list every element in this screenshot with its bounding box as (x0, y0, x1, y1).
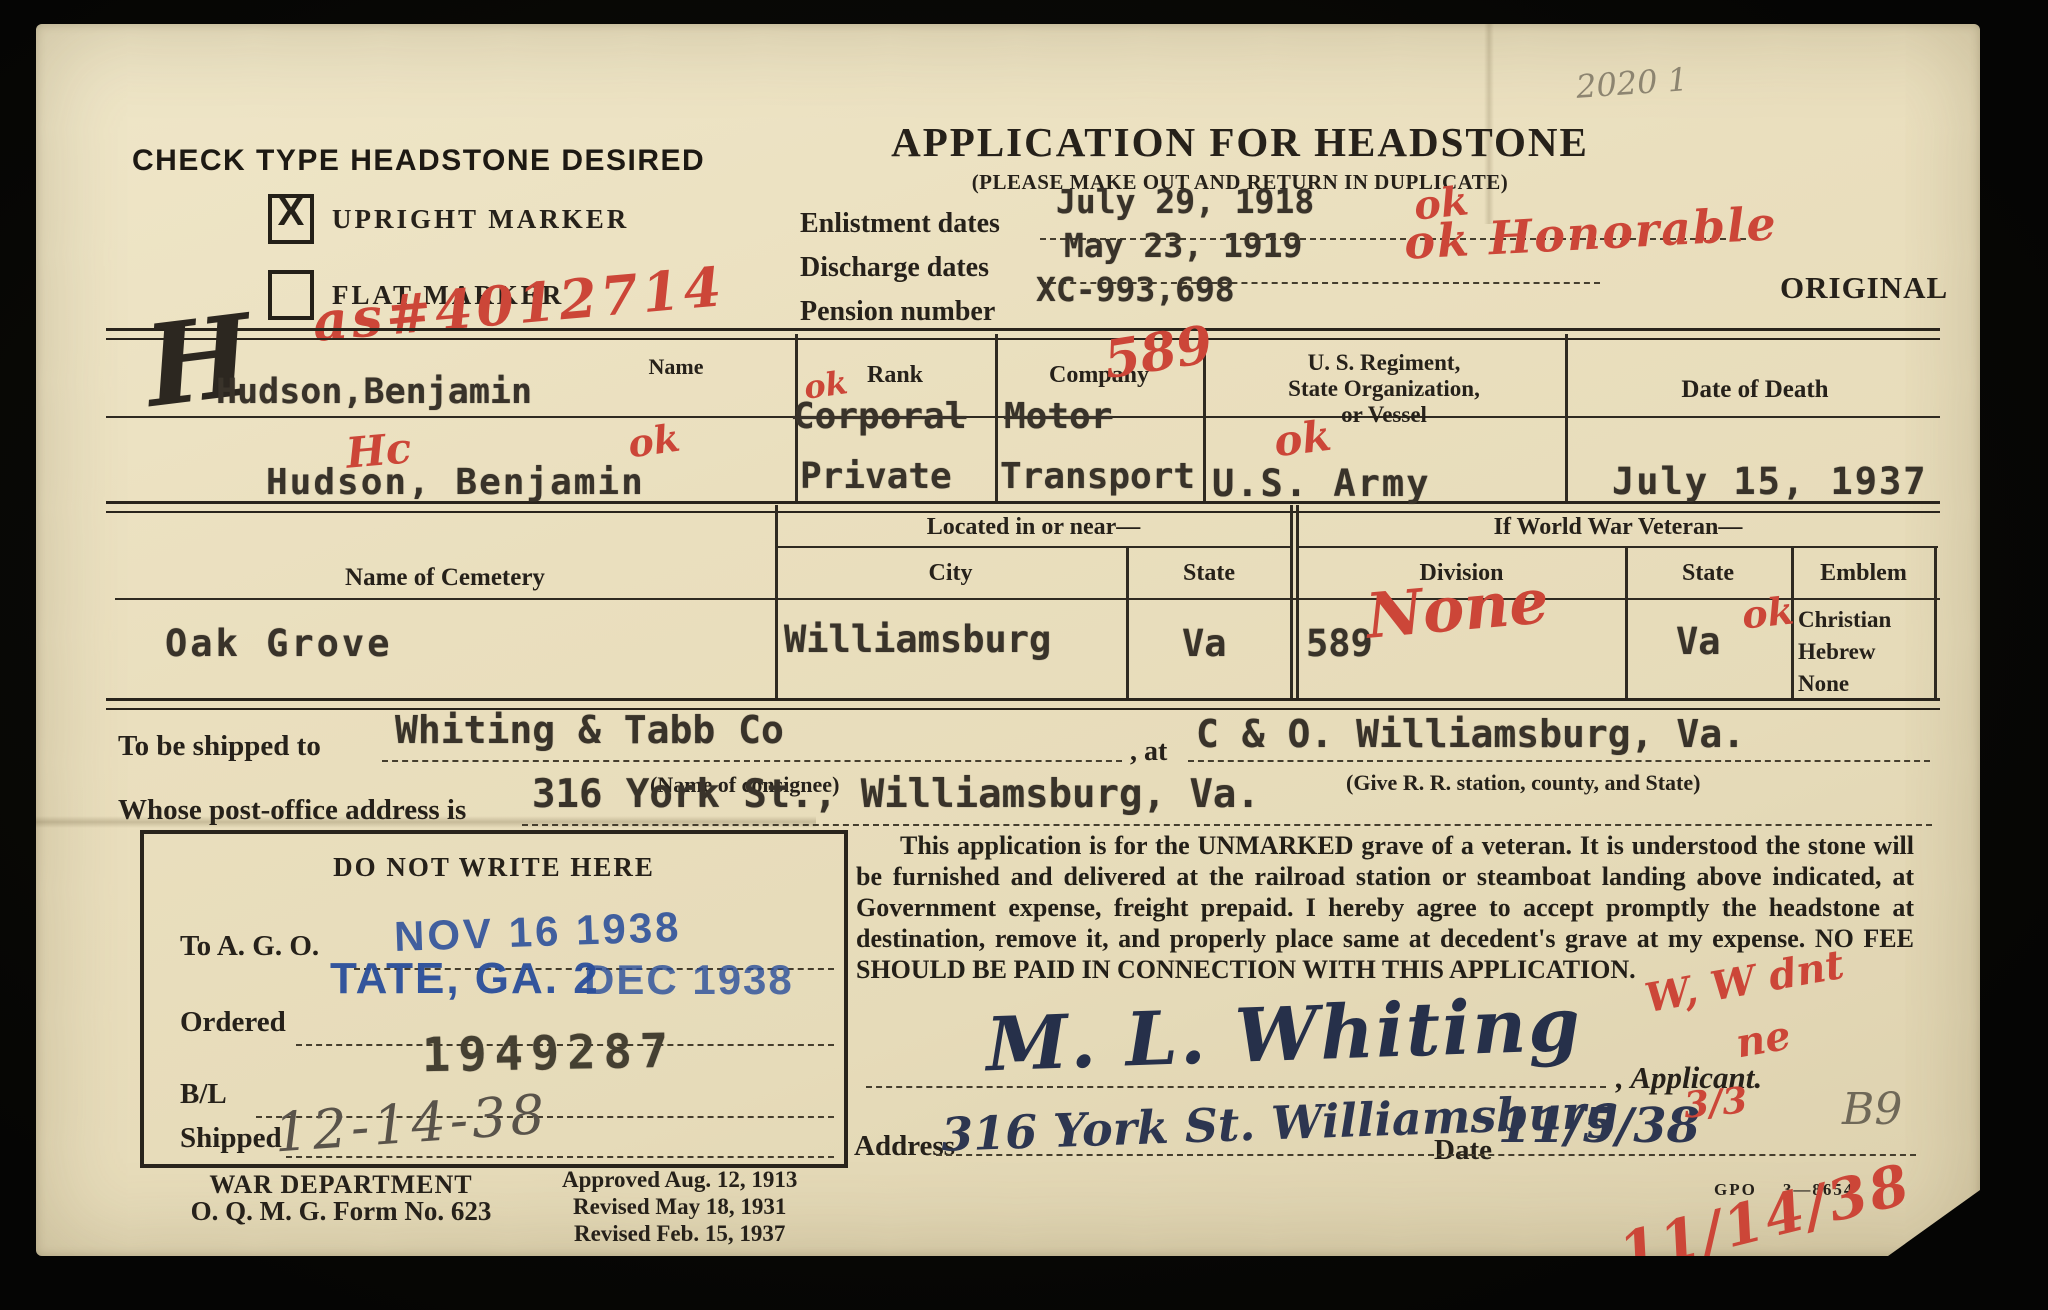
enlistment-value: July 29, 1918 (1056, 182, 1314, 221)
cemetery-column-label: Name of Cemetery (115, 564, 775, 592)
cemetery-value: Oak Grove (165, 622, 392, 665)
date-stamp-dec: DEC 1938 (584, 956, 794, 1004)
rank-value: Private (800, 456, 952, 497)
table-top-rule (106, 328, 1940, 340)
post-office-rule (522, 824, 1932, 826)
post-office-label: Whose post-office address is (118, 794, 466, 827)
address-label: Address (854, 1130, 955, 1163)
name-row-2: Hudson, Benjamin (266, 462, 645, 503)
station-note: (Give R. R. station, county, and State) (1346, 770, 1700, 796)
bl-label: B/L (180, 1078, 227, 1111)
red-margin-note-2: ne (1732, 1012, 1794, 1068)
discharge-label: Discharge dates (800, 252, 989, 284)
date-label: Date (1434, 1134, 1492, 1167)
company-value: Transport (1000, 456, 1195, 497)
division-red-none: None (1363, 564, 1551, 653)
state2-value: Va (1676, 620, 1721, 663)
post-office-value: 316 York St., Williamsburg, Va. (532, 772, 1260, 817)
date-handwritten: 11/5/38 (1498, 1098, 1700, 1154)
do-not-write-box: DO NOT WRITE HERE To A. G. O. NOV 16 193… (140, 830, 848, 1168)
applicant-signature: M. L. Whiting (985, 982, 1583, 1089)
header-row-rule (115, 598, 1940, 600)
station-value: C & O. Williamsburg, Va. (1196, 712, 1745, 756)
red-fraction-note: 3/3 (1682, 1079, 1749, 1126)
red-ok-annotation: ok (625, 415, 682, 467)
shipped-label: Shipped (180, 1122, 282, 1155)
company-struck-value: Motor (1004, 396, 1112, 437)
regiment-label-line: State Organization, (1203, 376, 1565, 402)
date-of-death-value: July 15, 1937 (1612, 460, 1928, 503)
located-header: Located in or near— (775, 514, 1292, 541)
world-war-veteran-header: If World War Veteran— (1298, 514, 1938, 541)
regiment-red-ok: ok (1271, 411, 1334, 467)
emblem-option: Hebrew (1798, 636, 1891, 668)
enlistment-label: Enlistment dates (800, 208, 1000, 240)
date-stamp-tate: TATE, GA. 2 (330, 954, 600, 1004)
pencil-scribble-top: 2020 1 (1575, 60, 1689, 106)
pension-label: Pension number (800, 296, 995, 328)
rank-struck-value: Corporal (793, 396, 966, 437)
date-of-death-label: Date of Death (1565, 376, 1945, 404)
name-column-label: Name (576, 354, 776, 380)
emblem-option: None (1798, 668, 1891, 700)
red-date-bottom: 11/14/38 (1612, 1151, 1918, 1287)
do-not-write-title: DO NOT WRITE HERE (144, 852, 844, 883)
station-rule (1188, 760, 1930, 762)
regiment-label-line: U. S. Regiment, (1203, 350, 1565, 376)
revision-line: Approved Aug. 12, 1913 (562, 1166, 797, 1193)
regiment-label-line: or Vessel (1203, 402, 1565, 428)
checkbox-x-mark: X (278, 190, 305, 234)
veteran-header-rule (1298, 546, 1938, 548)
ago-label: To A. G. O. (180, 930, 319, 963)
state2-column-label: State (1625, 560, 1791, 587)
division-value: 589 (1306, 622, 1373, 665)
form-revision-dates: Approved Aug. 12, 1913 Revised May 18, 1… (562, 1166, 797, 1247)
shipped-to-label: To be shipped to (118, 730, 321, 763)
address-rule (936, 1154, 1916, 1156)
revision-line: Revised May 18, 1931 (562, 1193, 797, 1220)
revision-line: Revised Feb. 15, 1937 (562, 1220, 797, 1247)
emblem-option: Christian (1798, 604, 1891, 636)
at-label: , at (1130, 736, 1167, 768)
pension-value: XC-993,698 (1036, 270, 1235, 309)
pencil-b9-mark: B9 (1842, 1084, 1902, 1135)
form-title: APPLICATION FOR HEADSTONE (790, 118, 1690, 166)
ordered-label: Ordered (180, 1006, 286, 1039)
emblem-options: Christian Hebrew None (1798, 604, 1891, 700)
shipped-date-pencil: 12-14-38 (272, 1082, 550, 1164)
consignee-rule (382, 760, 1122, 762)
discharge-value: May 23, 1919 (1064, 226, 1302, 265)
city-value: Williamsburg (784, 618, 1051, 661)
column-divider (995, 334, 998, 501)
original-stamp-label: ORIGINAL (1780, 270, 1948, 306)
state2-red-ok: ok (1740, 587, 1796, 637)
headstone-application-form: CHECK TYPE HEADSTONE DESIRED X UPRIGHT M… (36, 24, 1980, 1256)
city-column-label: City (775, 560, 1126, 587)
state-column-label: State (1126, 560, 1292, 587)
form-number-label: O. Q. M. G. Form No. 623 (136, 1196, 546, 1227)
state-value: Va (1182, 622, 1227, 665)
check-type-heading: CHECK TYPE HEADSTONE DESIRED (132, 144, 705, 178)
shipped-rule (286, 1156, 834, 1158)
regiment-value: U.S. Army (1212, 462, 1430, 505)
order-serial-stamp: 1949287 (422, 1024, 677, 1083)
upright-marker-checkbox: X (268, 194, 314, 244)
emblem-column-label: Emblem (1791, 560, 1936, 587)
flat-marker-checkbox (268, 270, 314, 320)
located-header-rule (775, 546, 1292, 548)
name-row-1: Hudson,Benjamin (216, 372, 532, 412)
consignee-value: Whiting & Tabb Co (395, 708, 784, 752)
date-stamp-nov: NOV 16 1938 (393, 903, 682, 961)
upright-marker-label: UPRIGHT MARKER (332, 204, 629, 235)
scan-background: CHECK TYPE HEADSTONE DESIRED X UPRIGHT M… (0, 0, 2048, 1310)
column-divider (1565, 334, 1568, 501)
cemetery-table-bottom-rule (106, 698, 1940, 710)
regiment-column-label: U. S. Regiment, State Organization, or V… (1203, 350, 1565, 428)
